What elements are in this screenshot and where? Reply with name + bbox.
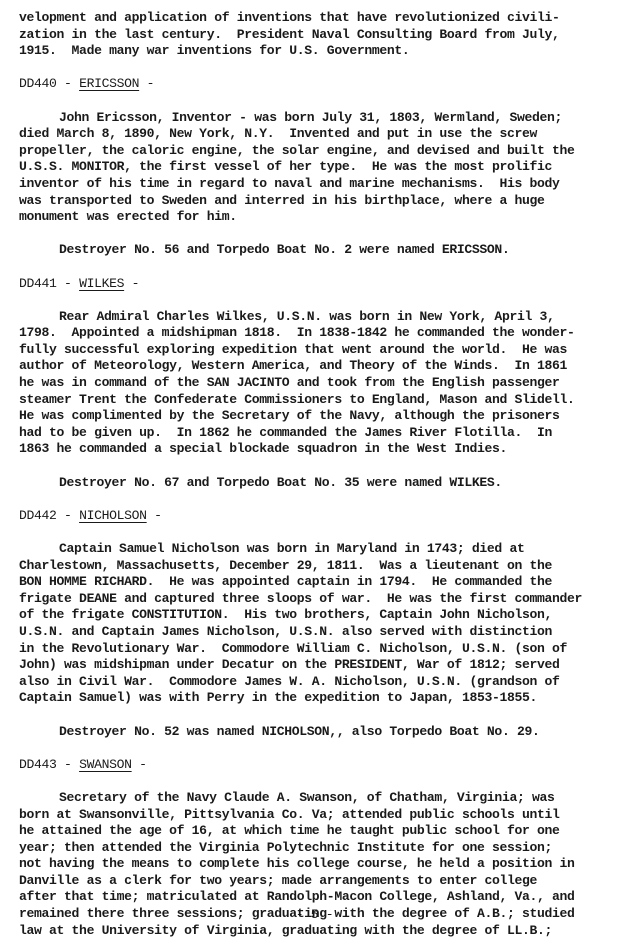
text-line: Danville as a clerk for two years; made … <box>19 873 619 890</box>
spacer <box>19 524 619 541</box>
document-page: velopment and application of inventions … <box>19 10 619 939</box>
text-line: propeller, the caloric engine, the solar… <box>19 143 619 160</box>
spacer <box>19 707 619 724</box>
text-line: of the frigate CONSTITUTION. His two bro… <box>19 607 619 624</box>
text-line: monument was erected for him. <box>19 209 619 226</box>
entry-heading: DD441 - WILKES - <box>19 276 619 293</box>
separator: - <box>132 757 147 772</box>
text-line: zation in the last century. President Na… <box>19 27 619 44</box>
ship-name: SWANSON <box>79 757 132 772</box>
hull-code: DD440 <box>19 76 57 91</box>
text-line: born at Swansonville, Pittsylvania Co. V… <box>19 807 619 824</box>
separator: - <box>139 76 154 91</box>
text-line: was transported to Sweden and interred i… <box>19 193 619 210</box>
hull-code: DD441 <box>19 276 57 291</box>
spacer <box>19 773 619 790</box>
spacer <box>19 226 619 243</box>
separator: - <box>57 76 80 91</box>
text-line: fully successful exploring expedition th… <box>19 342 619 359</box>
text-line: steamer Trent the Confederate Commission… <box>19 392 619 409</box>
bio-paragraph: John Ericsson, Inventor - was born July … <box>19 110 619 226</box>
ship-name: ERICSSON <box>79 76 139 91</box>
page-number: - 5 - <box>0 907 629 922</box>
hull-code: DD442 <box>19 508 57 523</box>
text-line: he attained the age of 16, at which time… <box>19 823 619 840</box>
text-line: law at the University of Virginia, gradu… <box>19 923 619 939</box>
text-line: inventor of his time in regard to naval … <box>19 176 619 193</box>
separator: - <box>57 757 80 772</box>
text-line: 1798. Appointed a midshipman 1818. In 18… <box>19 325 619 342</box>
text-line: author of Meteorology, Western America, … <box>19 358 619 375</box>
text-line: He was complimented by the Secretary of … <box>19 408 619 425</box>
spacer <box>19 60 619 77</box>
text-line: also in Civil War. Commodore James W. A.… <box>19 674 619 691</box>
ships-named-line: Destroyer No. 52 was named NICHOLSON,, a… <box>19 724 619 741</box>
text-line: U.S.S. MONITOR, the first vessel of her … <box>19 159 619 176</box>
ships-named-line: Destroyer No. 56 and Torpedo Boat No. 2 … <box>19 242 619 259</box>
entry-heading: DD443 - SWANSON - <box>19 757 619 774</box>
intro-paragraph: velopment and application of inventions … <box>19 10 619 60</box>
text-line: John) was midshipman under Decatur on th… <box>19 657 619 674</box>
ships-named-line: Destroyer No. 67 and Torpedo Boat No. 35… <box>19 475 619 492</box>
hull-code: DD443 <box>19 757 57 772</box>
text-line: Secretary of the Navy Claude A. Swanson,… <box>19 790 619 807</box>
bio-paragraph: Rear Admiral Charles Wilkes, U.S.N. was … <box>19 309 619 458</box>
ship-name: NICHOLSON <box>79 508 147 523</box>
spacer <box>19 491 619 508</box>
entry-wilkes: DD441 - WILKES -Rear Admiral Charles Wil… <box>19 259 619 491</box>
entry-nicholson: DD442 - NICHOLSON -Captain Samuel Nichol… <box>19 491 619 740</box>
spacer <box>19 93 619 110</box>
text-line: frigate DEANE and captured three sloops … <box>19 591 619 608</box>
text-line: after that time; matriculated at Randolp… <box>19 889 619 906</box>
text-line: velopment and application of inventions … <box>19 10 619 27</box>
spacer <box>19 259 619 276</box>
ship-entries: DD440 - ERICSSON -John Ericsson, Invento… <box>19 60 619 939</box>
separator: - <box>57 508 80 523</box>
spacer <box>19 292 619 309</box>
text-line: Captain Samuel) was with Perry in the ex… <box>19 690 619 707</box>
bio-paragraph: Captain Samuel Nicholson was born in Mar… <box>19 541 619 707</box>
text-line: Captain Samuel Nicholson was born in Mar… <box>19 541 619 558</box>
separator: - <box>57 276 80 291</box>
text-line: in the Revolutionary War. Commodore Will… <box>19 641 619 658</box>
text-line: not having the means to complete his col… <box>19 856 619 873</box>
ship-name: WILKES <box>79 276 124 291</box>
separator: - <box>124 276 139 291</box>
text-line: 1863 he commanded a special blockade squ… <box>19 441 619 458</box>
text-line: BON HOMME RICHARD. He was appointed capt… <box>19 574 619 591</box>
text-line: died March 8, 1890, New York, N.Y. Inven… <box>19 126 619 143</box>
text-line: Rear Admiral Charles Wilkes, U.S.N. was … <box>19 309 619 326</box>
text-line: U.S.N. and Captain James Nicholson, U.S.… <box>19 624 619 641</box>
text-line: had to be given up. In 1862 he commanded… <box>19 425 619 442</box>
text-line: he was in command of the SAN JACINTO and… <box>19 375 619 392</box>
spacer <box>19 458 619 475</box>
entry-ericsson: DD440 - ERICSSON -John Ericsson, Invento… <box>19 60 619 259</box>
spacer <box>19 740 619 757</box>
text-line: Charlestown, Massachusetts, December 29,… <box>19 558 619 575</box>
separator: - <box>147 508 162 523</box>
text-line: year; then attended the Virginia Polytec… <box>19 840 619 857</box>
text-line: John Ericsson, Inventor - was born July … <box>19 110 619 127</box>
text-line: 1915. Made many war inventions for U.S. … <box>19 43 619 60</box>
entry-heading: DD440 - ERICSSON - <box>19 76 619 93</box>
entry-heading: DD442 - NICHOLSON - <box>19 508 619 525</box>
